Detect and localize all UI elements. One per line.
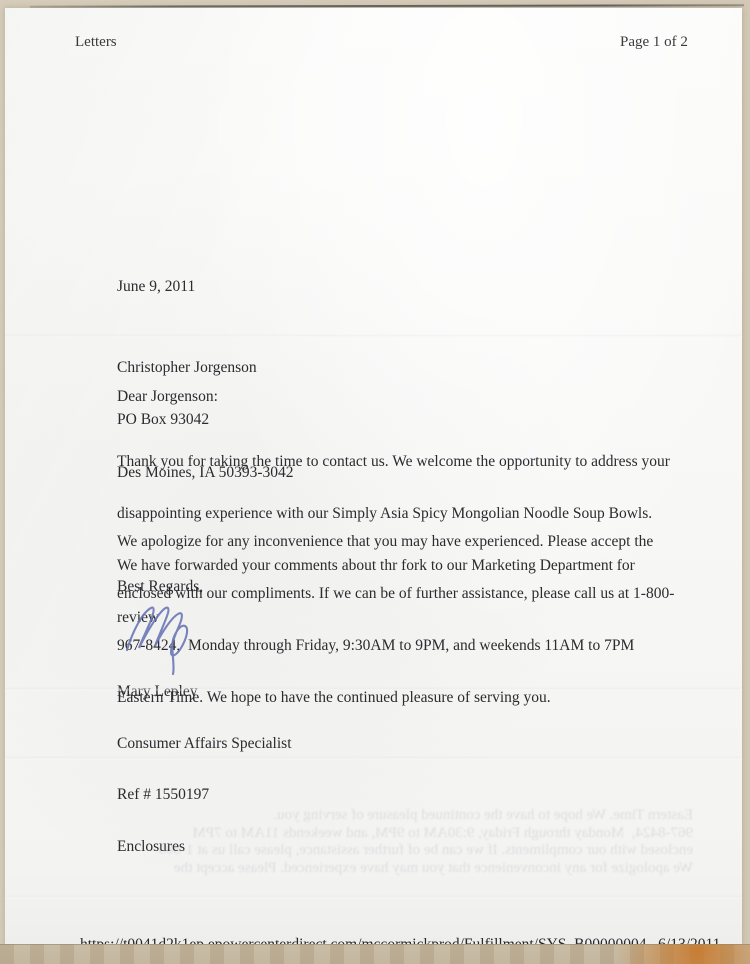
bleedthrough-line: We apologize for any inconvenience that …	[97, 860, 693, 878]
salutation: Dear Jorgenson:	[117, 388, 218, 406]
page-number: Page 1 of 2	[620, 34, 688, 51]
fold-crease	[5, 335, 742, 338]
bleedthrough-line: Eastern Time. We hope to have the contin…	[97, 807, 693, 825]
paper-bottom-edge	[0, 944, 750, 964]
paragraph-line: We apologize for any inconvenience that …	[117, 534, 674, 550]
bleedthrough-line: enclosed with our compliments. If we can…	[97, 842, 693, 860]
letter-date: June 9, 2011	[117, 278, 195, 296]
recipient-name: Christopher Jorgenson	[117, 360, 294, 376]
reference-number: Ref # 1550197	[117, 787, 292, 803]
page-header-label: Letters	[75, 34, 117, 51]
sender-title: Consumer Affairs Specialist	[117, 736, 292, 752]
bleedthrough-line: 967-8424, Monday through Friday, 9:30AM …	[97, 825, 693, 843]
bleedthrough-text: Eastern Time. We hope to have the contin…	[97, 807, 693, 877]
fold-crease	[5, 757, 742, 760]
sender-name: Mary Lepley	[117, 684, 292, 700]
paragraph-line: Thank you for taking the time to contact…	[117, 454, 670, 470]
fold-crease	[5, 896, 742, 899]
letter-page: Letters Page 1 of 2 June 9, 2011 Christo…	[5, 8, 742, 946]
